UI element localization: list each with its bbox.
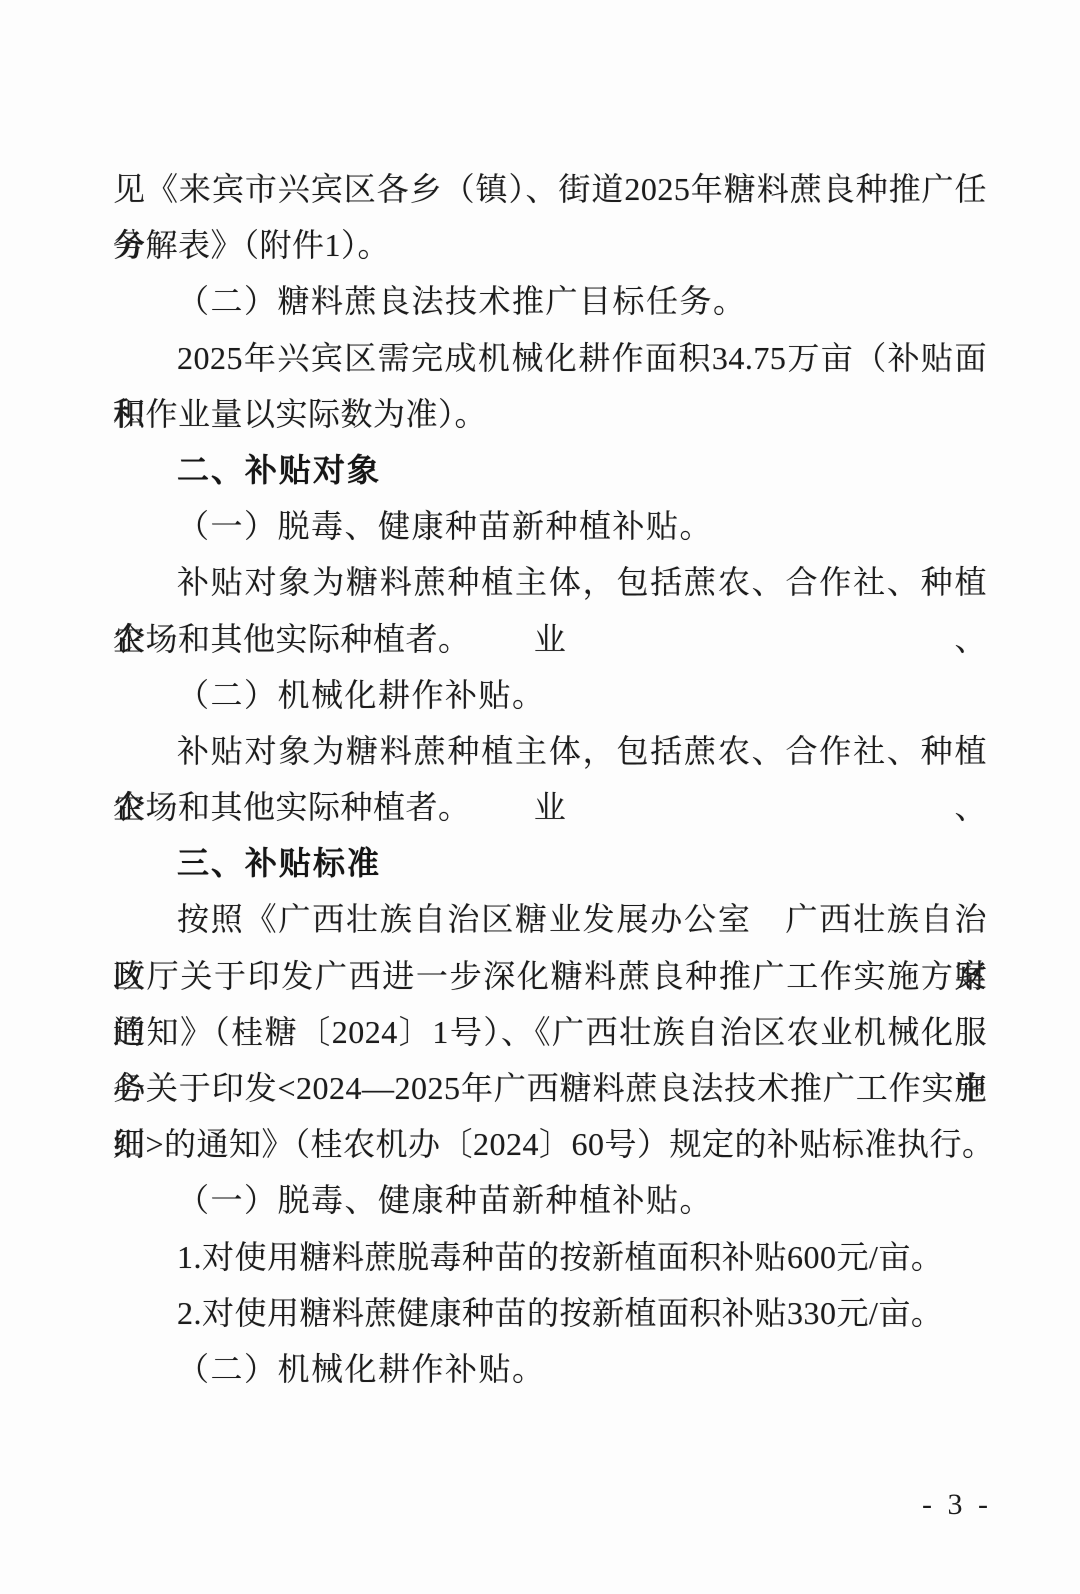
text-line: 补贴对象为糖料蔗种植主体，包括蔗农、合作社、种植企业、: [113, 554, 987, 610]
document-body: 见《来宾市兴宾区各乡（镇）、街道2025年糖料蔗良种推广任务 分解表》（附件1）…: [113, 161, 987, 1397]
text-line: 2025年兴宾区需完成机械化耕作面积34.75万亩（补贴面积: [113, 330, 987, 386]
text-line: 分解表》（附件1）。: [113, 217, 987, 273]
text-line: 政厅关于印发广西进一步深化糖料蔗良种推广工作实施方案的: [113, 948, 987, 1004]
subheading-good-method-tasks: （二）糖料蔗良法技术推广目标任务。: [113, 273, 987, 329]
heading-subsidy-standards: 三、补贴标准: [113, 835, 987, 891]
document-scan-page: 见《来宾市兴宾区各乡（镇）、街道2025年糖料蔗良种推广任务 分解表》（附件1）…: [0, 0, 1080, 1594]
page-number: - 3 -: [922, 1488, 992, 1522]
text-line: 和作业量以实际数为准）。: [113, 386, 987, 442]
text-line: 见《来宾市兴宾区各乡（镇）、街道2025年糖料蔗良种推广任务: [113, 161, 987, 217]
text-line: 则>的通知》（桂农机办〔2024〕60号）规定的补贴标准执行。: [113, 1116, 987, 1172]
subheading-seedling-subsidy: （一）脱毒、健康种苗新种植补贴。: [113, 498, 987, 554]
text-line: 补贴对象为糖料蔗种植主体，包括蔗农、合作社、种植企业、: [113, 723, 987, 779]
heading-subsidy-recipients: 二、补贴对象: [113, 442, 987, 498]
subheading-mechanized-subsidy-2: （二）机械化耕作补贴。: [113, 1341, 987, 1397]
text-line: 心关于印发<2024—2025年广西糖料蔗良法技术推广工作实施细: [113, 1060, 987, 1116]
subheading-mechanized-subsidy: （二）机械化耕作补贴。: [113, 667, 987, 723]
text-line: 按照《广西壮族自治区糖业发展办公室 广西壮族自治区财: [113, 891, 987, 947]
list-item-detox-seedling-rate: 1.对使用糖料蔗脱毒种苗的按新植面积补贴600元/亩。: [113, 1229, 987, 1285]
list-item-healthy-seedling-rate: 2.对使用糖料蔗健康种苗的按新植面积补贴330元/亩。: [113, 1285, 987, 1341]
subheading-seedling-subsidy-2: （一）脱毒、健康种苗新种植补贴。: [113, 1172, 987, 1228]
text-line: 通知》（桂糖〔2024〕1号）、《广西壮族自治区农业机械化服务中: [113, 1004, 987, 1060]
